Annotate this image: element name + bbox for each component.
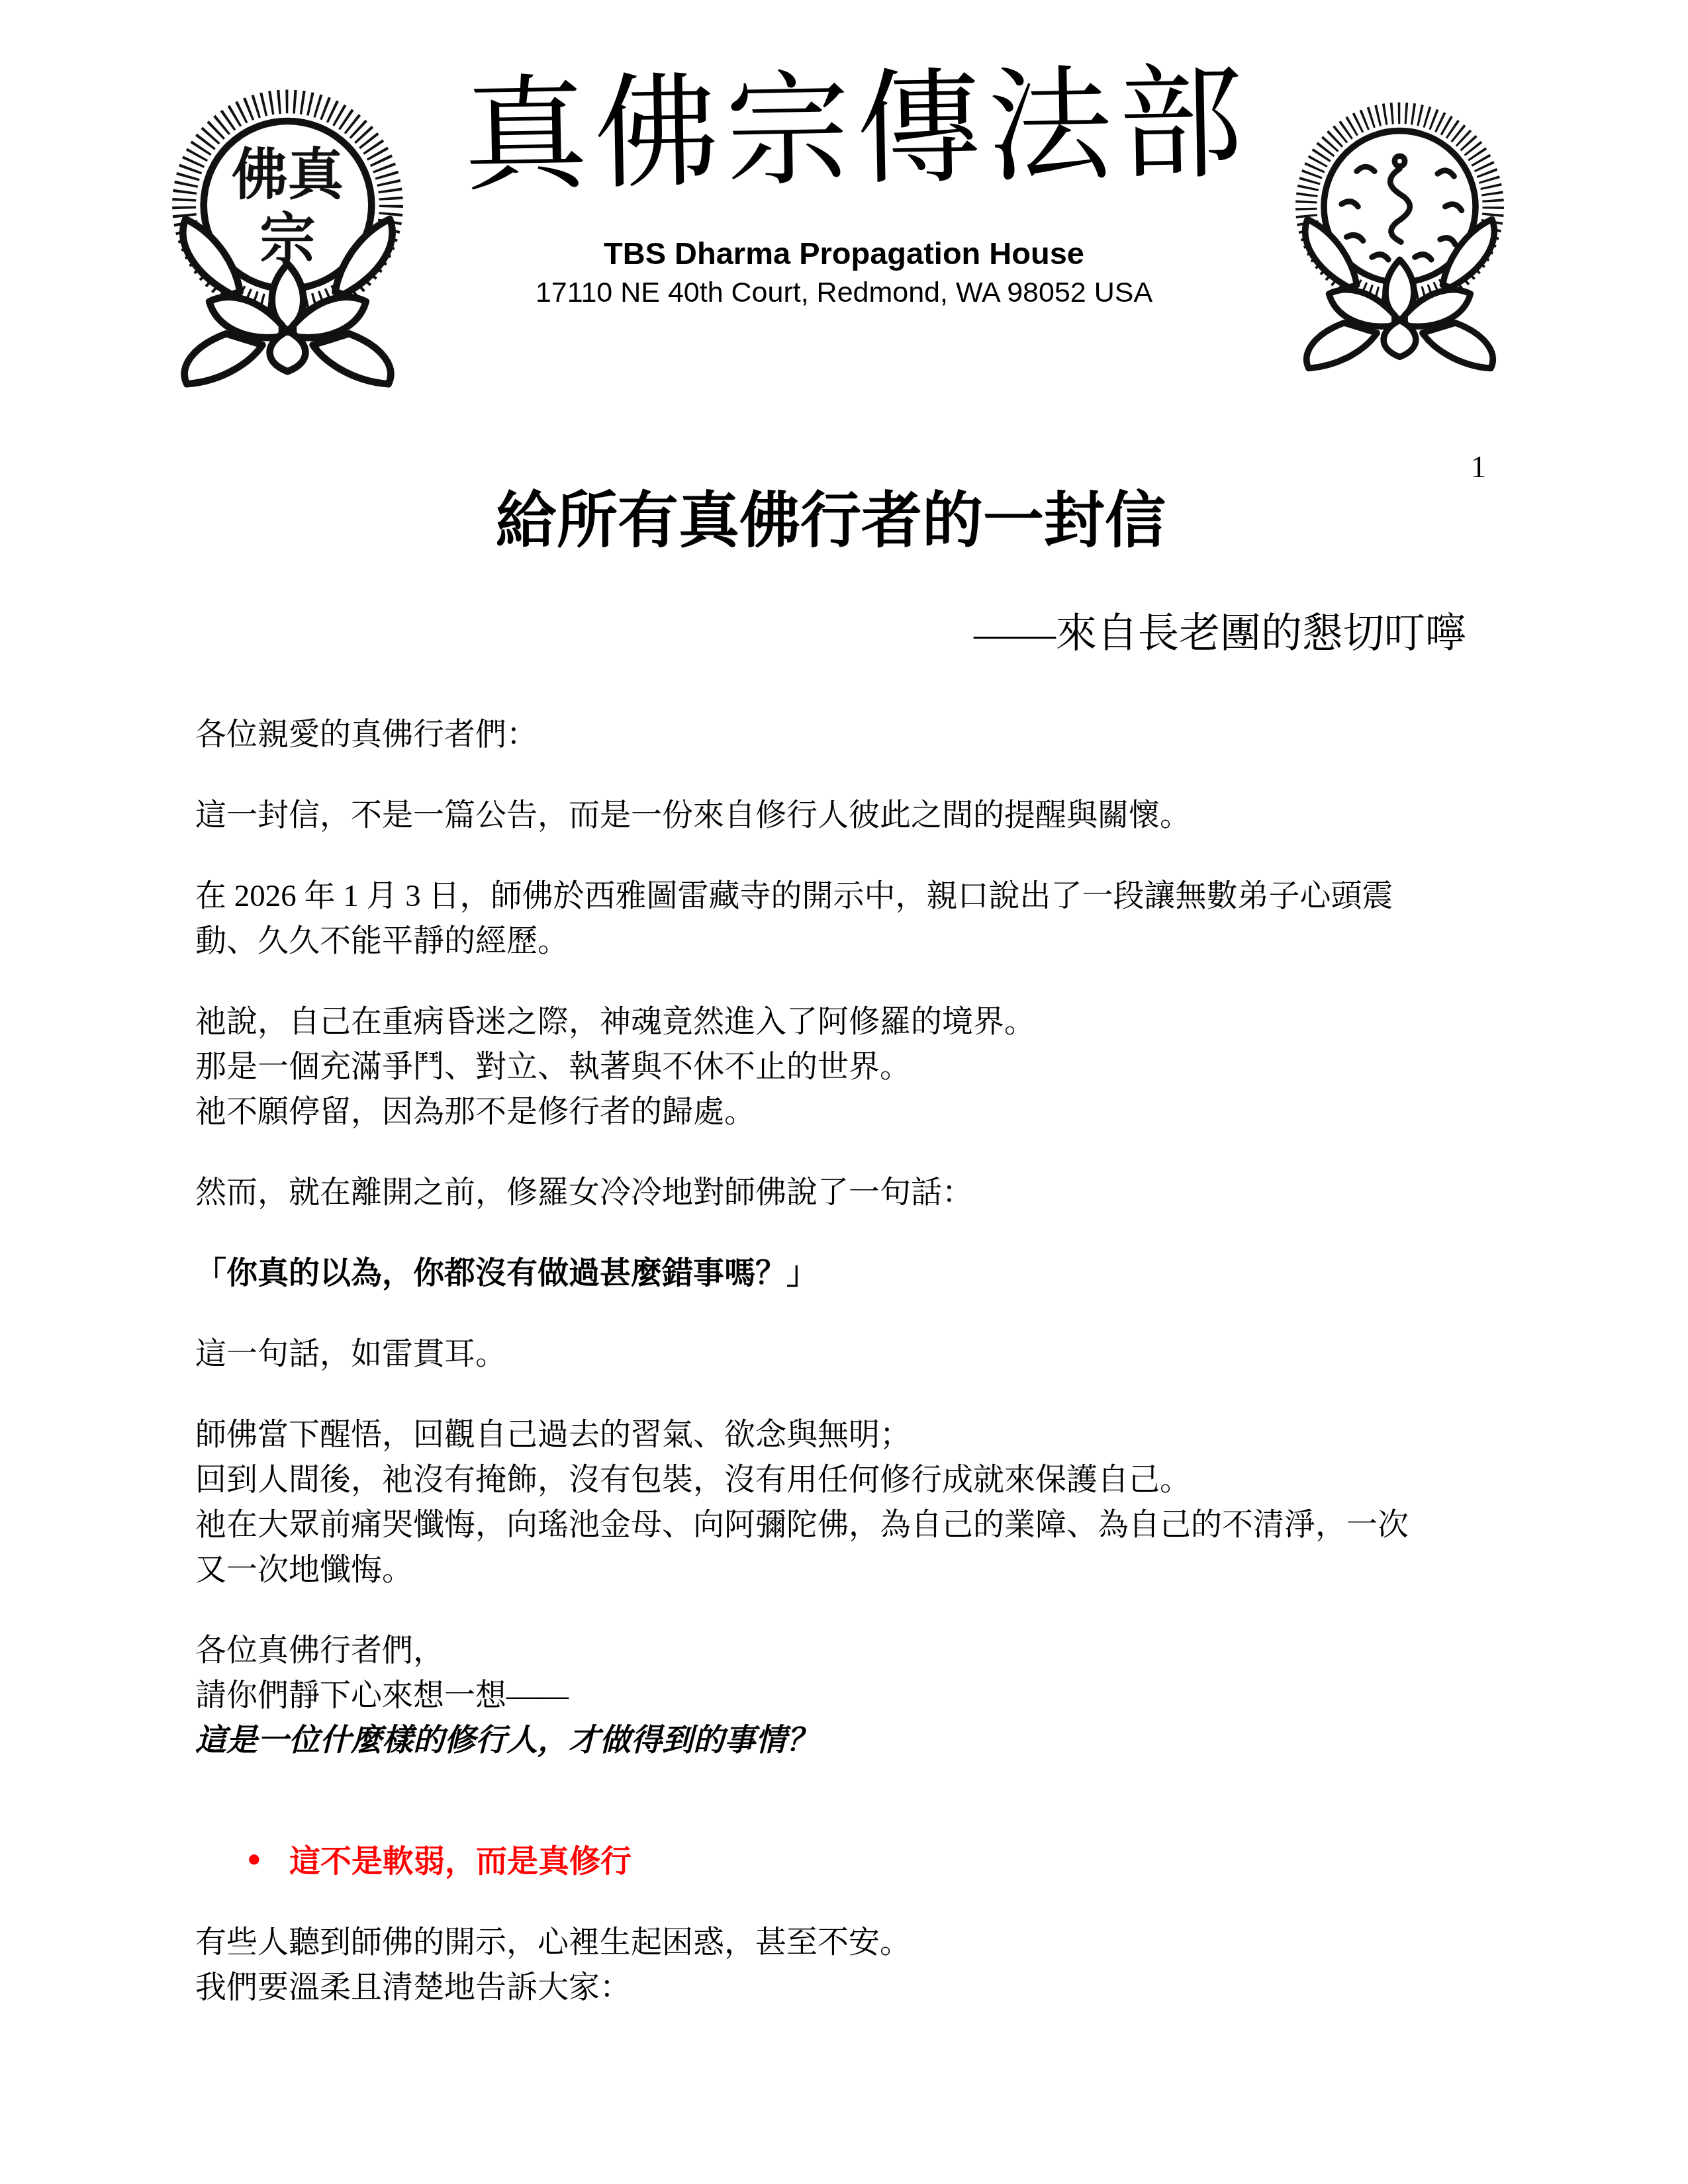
org-address: 17110 NE 40th Court, Redmond, WA 98052 U…	[463, 275, 1225, 310]
bullet-text: 這不是軟弱，而是真修行	[289, 1844, 632, 1879]
text-line: 各位親愛的真佛行者們：	[195, 712, 1498, 757]
letter-subtitle: ——來自長老團的懇切叮嚀	[195, 608, 1466, 660]
salutation: 各位親愛的真佛行者們：	[195, 712, 1498, 757]
text-line: 請你們靜下心來想一想——	[195, 1673, 1498, 1718]
text-line: 這一封信，不是一篇公告，而是一份來自修行人彼此之間的提醒與關懷。	[195, 793, 1498, 838]
red-bullet-heading: ●這不是軟弱，而是真修行	[195, 1836, 1498, 1884]
tbs-lotus-emblem-left: 佛真 宗	[147, 85, 428, 392]
text-line: 「你真的以為，你都沒有做過甚麼錯事嗎？」	[195, 1251, 1498, 1296]
text-line: 動、久久不能平靜的經歷。	[195, 919, 1498, 964]
text-line: 回到人間後，祂沒有掩飾，沒有包裝，沒有用任何修行成就來保護自己。	[195, 1457, 1498, 1502]
document-page: 佛真 宗 真佛宗傳法部 TBS Dharma Propagation House…	[0, 0, 1688, 2184]
red-bullet-icon: ●	[247, 1836, 289, 1881]
text-line: 這是一位什麼樣的修行人，才做得到的事情？	[195, 1718, 1498, 1763]
text-line: 在 2026 年 1 月 3 日，師佛於西雅圖雷藏寺的開示中，親口說出了一段讓無…	[195, 874, 1498, 919]
tbs-lotus-emblem-right	[1272, 98, 1527, 376]
page-number: 1	[1471, 449, 1486, 486]
seal-characters-top: 佛真	[232, 145, 346, 206]
letterhead-center: 真佛宗傳法部 TBS Dharma Propagation House 1711…	[463, 32, 1225, 310]
letter-title: 給所有真佛行者的一封信	[195, 484, 1466, 557]
paragraph-date: 在 2026 年 1 月 3 日，師佛於西雅圖雷藏寺的開示中，親口說出了一段讓無…	[195, 874, 1498, 964]
text-line: 祂在大眾前痛哭懺悔，向瑤池金母、向阿彌陀佛，為自己的業障、為自己的不清淨，一次	[195, 1502, 1498, 1547]
text-line: 這一句話，如雷貫耳。	[195, 1332, 1498, 1377]
paragraph-closing: 有些人聽到師佛的開示，心裡生起困惑，甚至不安。我們要溫柔且清楚地告訴大家：	[195, 1920, 1498, 2010]
body-blocks: 各位親愛的真佛行者們：這一封信，不是一篇公告，而是一份來自修行人彼此之間的提醒與…	[195, 712, 1498, 2046]
paragraph-intro: 這一封信，不是一篇公告，而是一份來自修行人彼此之間的提醒與關懷。	[195, 793, 1498, 838]
text-line: 又一次地懺悔。	[195, 1547, 1498, 1592]
text-line: 祂不願停留，因為那不是修行者的歸處。	[195, 1089, 1498, 1134]
paragraph-repentance: 師佛當下醒悟，回觀自己過去的習氣、欲念與無明；回到人間後，祂沒有掩飾，沒有包裝，…	[195, 1412, 1498, 1592]
paragraph-quote: 「你真的以為，你都沒有做過甚麼錯事嗎？」	[195, 1251, 1498, 1296]
text-line: 我們要溫柔且清楚地告訴大家：	[195, 1965, 1498, 2010]
text-line: ●這不是軟弱，而是真修行	[195, 1836, 1498, 1884]
text-line: 各位真佛行者們，	[195, 1628, 1498, 1673]
paragraph-thunder: 這一句話，如雷貫耳。	[195, 1332, 1498, 1377]
paragraph-before-leaving: 然而，就在離開之前，修羅女冷冷地對師佛說了一句話：	[195, 1170, 1498, 1215]
org-name: TBS Dharma Propagation House	[463, 234, 1225, 273]
paragraph-reflect: 各位真佛行者們，請你們靜下心來想一想——這是一位什麼樣的修行人，才做得到的事情？	[195, 1628, 1498, 1763]
calligraphy-title: 真佛宗傳法部	[461, 25, 1226, 237]
paragraph-asura: 祂說，自己在重病昏迷之際，神魂竟然進入了阿修羅的境界。那是一個充滿爭鬥、對立、執…	[195, 999, 1498, 1134]
text-line: 祂說，自己在重病昏迷之際，神魂竟然進入了阿修羅的境界。	[195, 999, 1498, 1044]
text-line: 然而，就在離開之前，修羅女冷冷地對師佛說了一句話：	[195, 1170, 1498, 1215]
text-line: 那是一個充滿爭鬥、對立、執著與不休不止的世界。	[195, 1044, 1498, 1089]
text-line: 師佛當下醒悟，回觀自己過去的習氣、欲念與無明；	[195, 1412, 1498, 1457]
text-line: 有些人聽到師佛的開示，心裡生起困惑，甚至不安。	[195, 1920, 1498, 1965]
